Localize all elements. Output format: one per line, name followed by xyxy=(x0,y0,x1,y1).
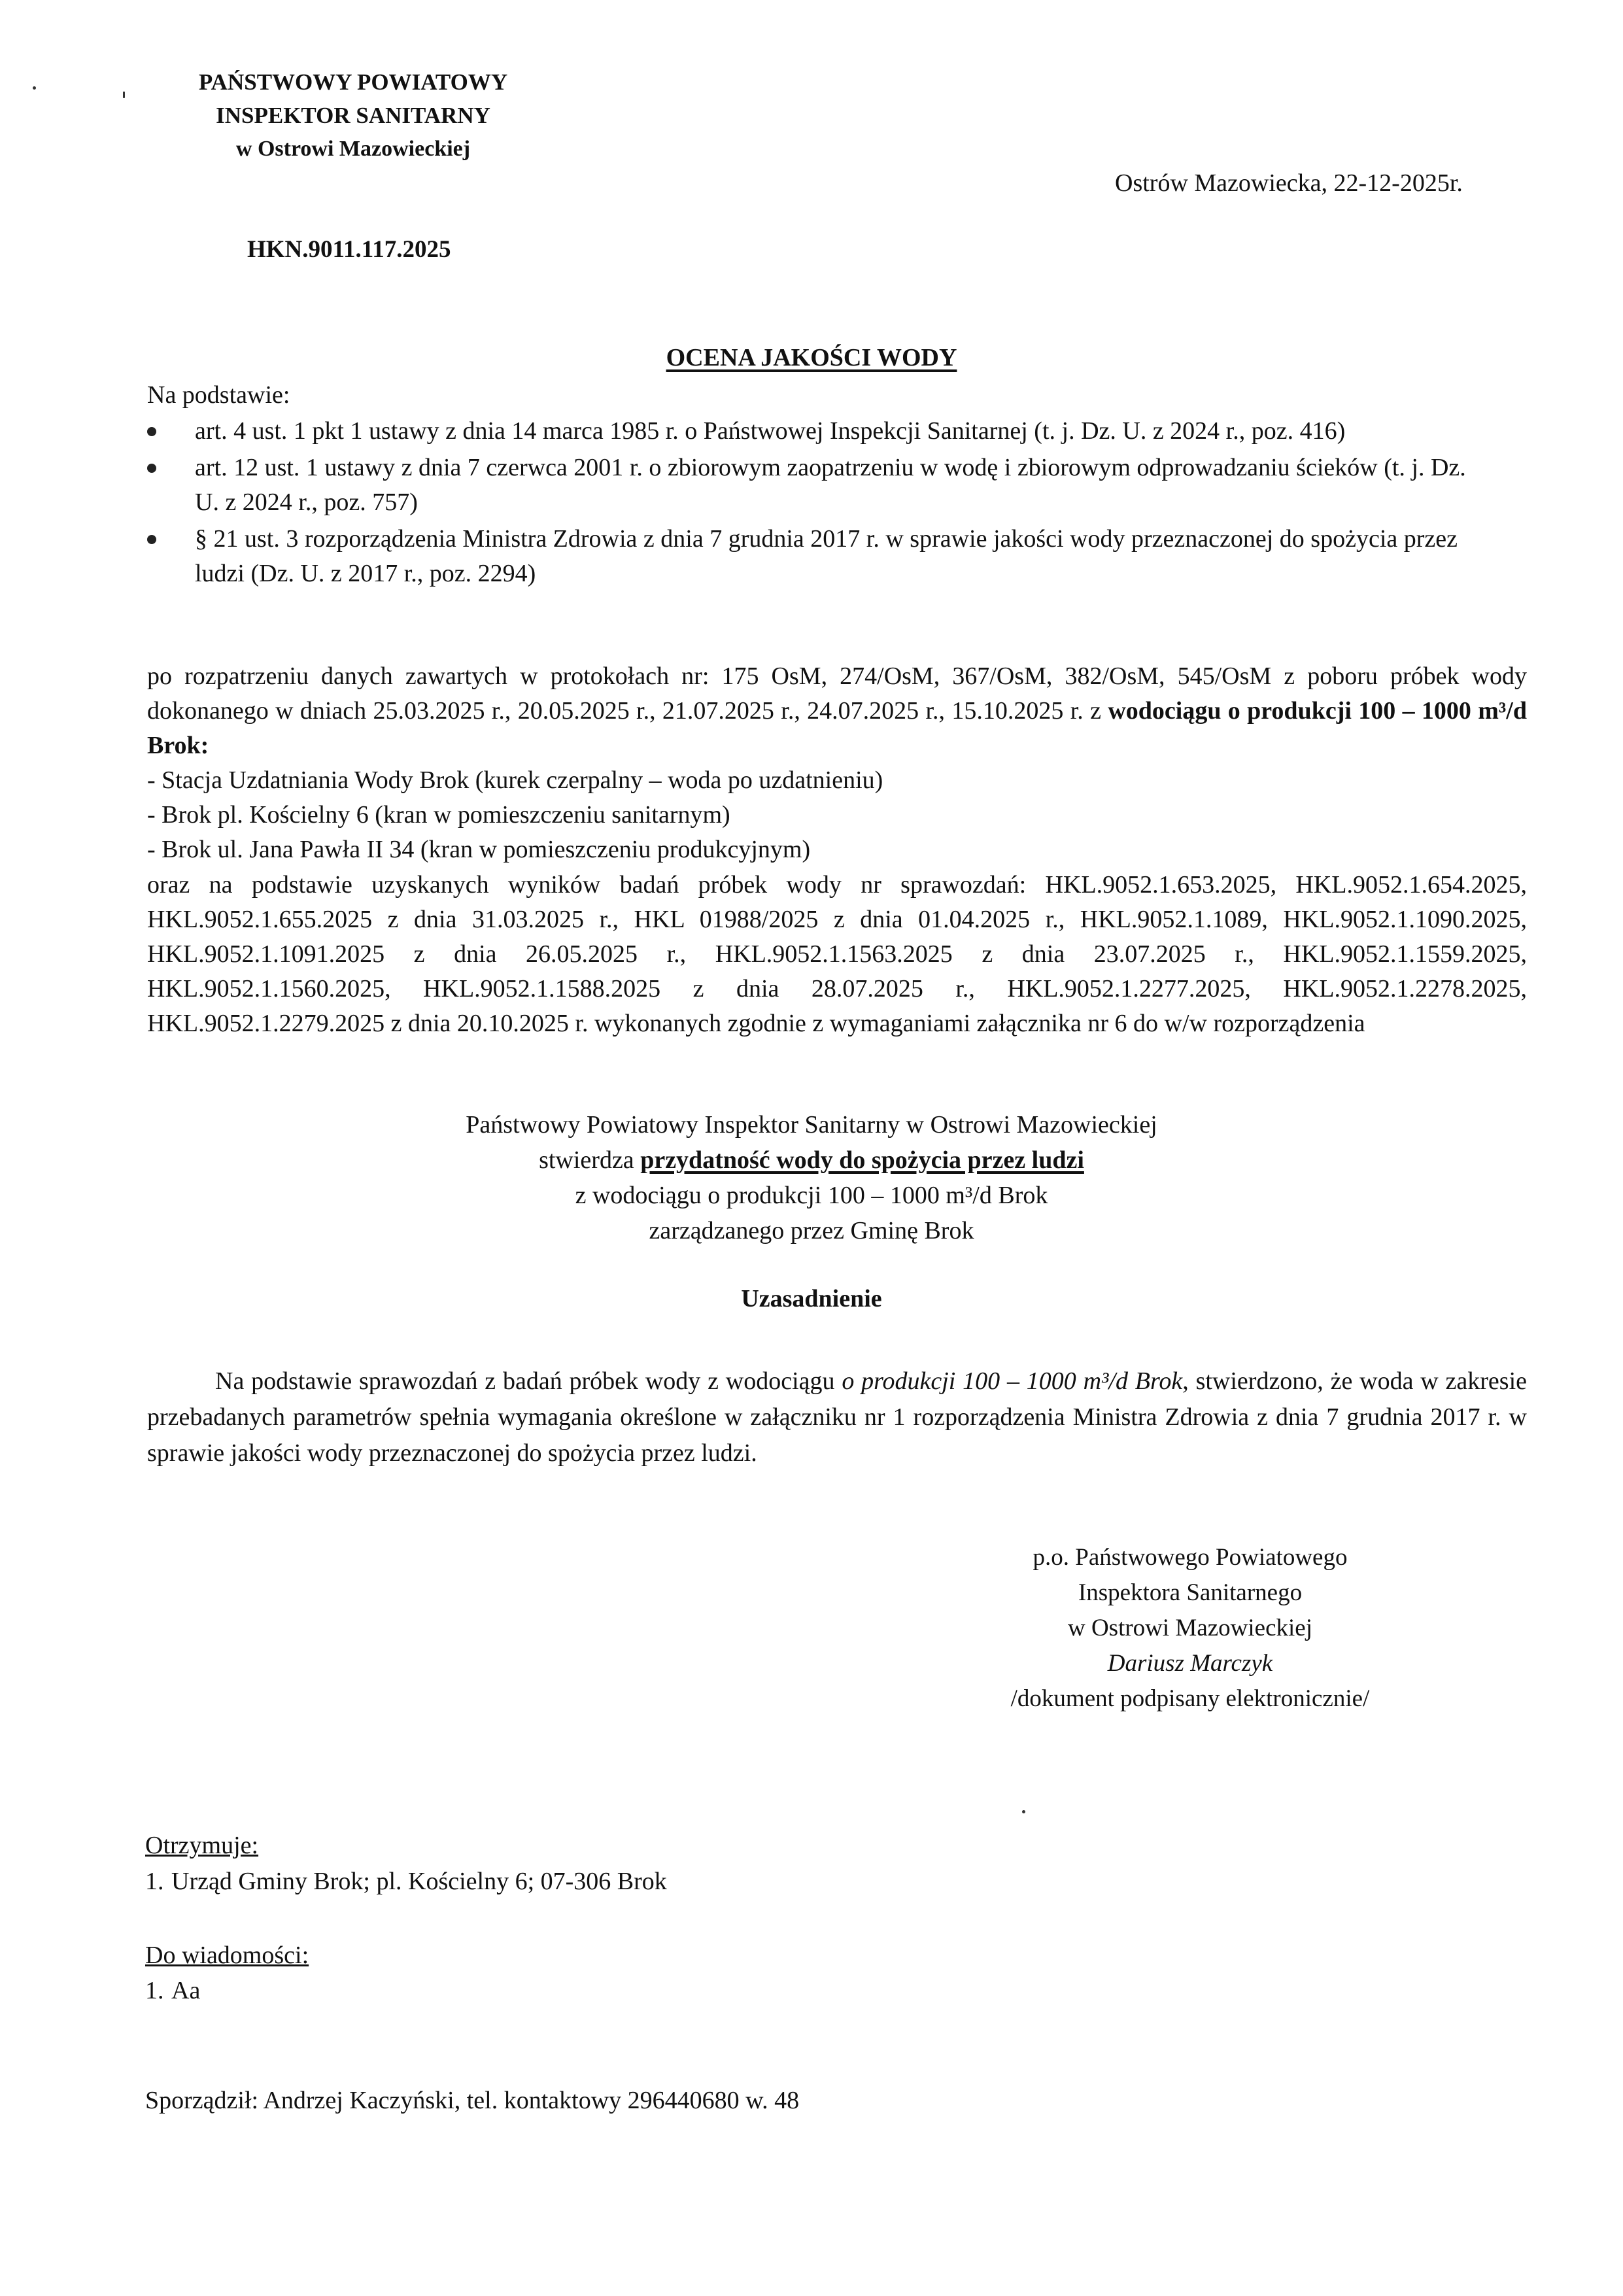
decision-line-2: stwierdza przydatność wody do spożycia p… xyxy=(0,1142,1623,1178)
signature-note: /dokument podpisany elektronicznie/ xyxy=(961,1681,1419,1717)
recipient-item: 1.Urząd Gminy Brok; pl. Kościelny 6; 07-… xyxy=(145,1867,667,1896)
basis-label: Na podstawie: xyxy=(147,381,1527,409)
protocols-text: po rozpatrzeniu danych zawartych w proto… xyxy=(147,659,1527,763)
recipients-label: Otrzymuje: xyxy=(145,1831,258,1860)
bullet-icon xyxy=(147,427,156,436)
document-title-text: OCENA JAKOŚCI WODY xyxy=(666,344,957,371)
legal-basis-item: § 21 ust. 3 rozporządzenia Ministra Zdro… xyxy=(147,522,1496,591)
justification-title: Uzasadnienie xyxy=(0,1284,1623,1313)
sampling-point: - Stacja Uzdatniania Wody Brok (kurek cz… xyxy=(147,763,1527,798)
for-information-item: 1.Aa xyxy=(145,1976,200,2005)
document-date: Ostrów Mazowiecka, 22-12-2025r. xyxy=(1115,169,1463,197)
decision-statement: przydatność wody do spożycia przez ludzi xyxy=(640,1146,1084,1174)
issuer-header: PAŃSTWOWY POWIATOWY INSPEKTOR SANITARNY … xyxy=(157,65,549,165)
scan-speck xyxy=(33,86,36,90)
signature-line-3: w Ostrowi Mazowieckiej xyxy=(961,1611,1419,1646)
legal-basis-item: art. 4 ust. 1 pkt 1 ustawy z dnia 14 mar… xyxy=(147,414,1496,449)
scan-speck xyxy=(1022,1810,1025,1813)
protocols-paragraph: po rozpatrzeniu danych zawartych w proto… xyxy=(147,659,1527,867)
sampling-point: - Brok pl. Kościelny 6 (kran w pomieszcz… xyxy=(147,798,1527,832)
decision-line-3: z wodociągu o produkcji 100 – 1000 m³/d … xyxy=(0,1178,1623,1213)
decision-block: Państwowy Powiatowy Inspektor Sanitarny … xyxy=(0,1107,1623,1248)
legal-basis-item: art. 12 ust. 1 ustawy z dnia 7 czerwca 2… xyxy=(147,451,1496,520)
for-information-label: Do wiadomości: xyxy=(145,1941,309,1970)
issuer-line-1: PAŃSTWOWY POWIATOWY xyxy=(157,65,549,99)
issuer-line-2: INSPEKTOR SANITARNY xyxy=(157,99,549,132)
decision-line-4: zarządzanego przez Gminę Brok xyxy=(0,1213,1623,1248)
signatory-name: Dariusz Marczyk xyxy=(961,1646,1419,1681)
bullet-icon xyxy=(147,535,156,544)
scan-speck xyxy=(123,92,125,98)
reference-number: HKN.9011.117.2025 xyxy=(247,235,451,264)
signature-line-2: Inspektora Sanitarnego xyxy=(961,1575,1419,1611)
issuer-line-3: w Ostrowi Mazowieckiej xyxy=(157,132,549,165)
bullet-icon xyxy=(147,464,156,473)
document-title: OCENA JAKOŚCI WODY xyxy=(0,343,1623,372)
legal-basis-list: art. 4 ust. 1 pkt 1 ustawy z dnia 14 mar… xyxy=(147,414,1527,593)
signature-block: p.o. Państwowego Powiatowego Inspektora … xyxy=(961,1540,1419,1717)
decision-line-1: Państwowy Powiatowy Inspektor Sanitarny … xyxy=(0,1107,1623,1142)
reports-paragraph: oraz na podstawie uzyskanych wyników bad… xyxy=(147,868,1527,1041)
prepared-by: Sporządził: Andrzej Kaczyński, tel. kont… xyxy=(145,2086,799,2115)
signature-line-1: p.o. Państwowego Powiatowego xyxy=(961,1540,1419,1575)
justification-paragraph: Na podstawie sprawozdań z badań próbek w… xyxy=(147,1363,1527,1471)
sampling-point: - Brok ul. Jana Pawła II 34 (kran w pomi… xyxy=(147,832,1527,867)
